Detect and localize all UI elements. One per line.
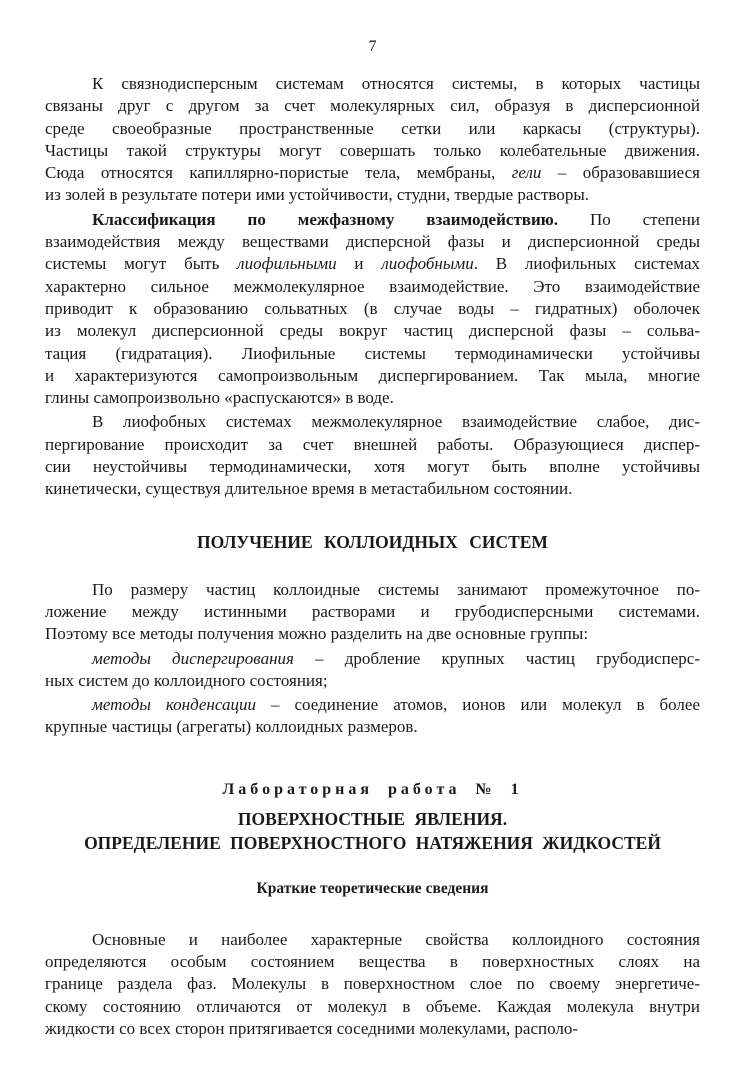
text-run: ложение между истинными растворами и гру… (45, 602, 700, 621)
text-line: и характеризуются самопроизвольным диспе… (45, 365, 700, 387)
text-run: из молекул дисперсионной среды вокруг ча… (45, 321, 700, 340)
caps-heading-line: ОПРЕДЕЛЕНИЕ ПОВЕРХНОСТНОГО НАТЯЖЕНИЯ ЖИД… (45, 831, 700, 855)
italic-run: методы конденсации (92, 695, 256, 714)
caps-heading-line: ПОВЕРХНОСТНЫЕ ЯВЛЕНИЯ. (45, 807, 700, 831)
text-line: К связнодисперсным системам относятся си… (45, 73, 700, 95)
text-run: По степени (558, 210, 700, 229)
text-line: из золей в результате потери ими устойчи… (45, 184, 700, 206)
bold-run: Классификация по межфазному взаимодейств… (92, 210, 558, 229)
text-run: приводит к образованию сольватных (в слу… (45, 299, 700, 318)
text-run: Основные и наиболее характерные свойства… (92, 930, 700, 949)
paragraph: По размеру частиц коллоидные системы зан… (45, 579, 700, 646)
italic-run: лиофильными (237, 254, 336, 273)
paragraph: В лиофобных системах межмолекулярное вза… (45, 411, 700, 500)
text-run: связаны друг с другом за счет молекулярн… (45, 96, 700, 115)
text-line: из молекул дисперсионной среды вокруг ча… (45, 320, 700, 342)
text-run: границе раздела фаз. Молекулы в поверхно… (45, 974, 700, 993)
text-run: и характеризуются самопроизвольным диспе… (45, 366, 700, 385)
text-run: определяются особым состоянием вещества … (45, 952, 700, 971)
text-run: – образовавшиеся (541, 163, 700, 182)
text-run: из золей в результате потери ими устойчи… (45, 185, 589, 204)
text-run: Частицы такой структуры могут совершать … (45, 141, 700, 160)
text-run: пергирование происходит за счет внешней … (45, 435, 700, 454)
text-run: и (337, 254, 382, 273)
text-run: скому состоянию отличаются от молекул в … (45, 997, 700, 1016)
text-line: Основные и наиболее характерные свойства… (45, 929, 700, 951)
text-run: . В лиофильных системах (474, 254, 700, 273)
text-line: Поэтому все методы получения можно разде… (45, 623, 700, 645)
text-run: жидкости со всех сторон притягивается со… (45, 1019, 578, 1038)
text-line: границе раздела фаз. Молекулы в поверхно… (45, 973, 700, 995)
text-line: По размеру частиц коллоидные системы зан… (45, 579, 700, 601)
text-line: В лиофобных системах межмолекулярное вза… (45, 411, 700, 433)
italic-run: методы диспергирования (92, 649, 294, 668)
text-run: взаимодействия между веществами дисперсн… (45, 232, 700, 251)
page-content: К связнодисперсным системам относятся си… (45, 73, 700, 1040)
page-number: 7 (45, 38, 700, 56)
text-line: методы конденсации – соединение атомов, … (45, 694, 700, 716)
text-line: взаимодействия между веществами дисперсн… (45, 231, 700, 253)
text-line: связаны друг с другом за счет молекулярн… (45, 95, 700, 117)
text-line: приводит к образованию сольватных (в слу… (45, 298, 700, 320)
paragraph: Классификация по межфазному взаимодейств… (45, 209, 700, 410)
text-line: крупные частицы (агрегаты) коллоидных ра… (45, 716, 700, 738)
text-line: среде своеобразные пространственные сетк… (45, 118, 700, 140)
text-run: По размеру частиц коллоидные системы зан… (92, 580, 700, 599)
subheading: Краткие теоретические сведения (45, 879, 700, 899)
text-run: тация (гидратация). Лиофильные системы т… (45, 344, 700, 363)
text-run: ных систем до коллоидного состояния; (45, 671, 328, 690)
paragraph: Основные и наиболее характерные свойства… (45, 929, 700, 1040)
text-run: крупные частицы (агрегаты) коллоидных ра… (45, 717, 418, 736)
text-run: сии неустойчивы термодинамически, хотя м… (45, 457, 700, 476)
text-line: глины самопроизвольно «распускаются» в в… (45, 387, 700, 409)
text-run: Сюда относятся капиллярно-пористые тела,… (45, 163, 512, 182)
text-line: скому состоянию отличаются от молекул в … (45, 996, 700, 1018)
text-line: ложение между истинными растворами и гру… (45, 601, 700, 623)
text-run: – соединение атомов, ионов или молекул в… (256, 695, 700, 714)
text-run: кинетически, существуя длительное время … (45, 479, 572, 498)
lab-work-title: Лабораторная работа № 1 (45, 779, 700, 801)
text-run: Поэтому все методы получения можно разде… (45, 624, 588, 643)
italic-run: гели (512, 163, 542, 182)
section-heading: ПОЛУЧЕНИЕ КОЛЛОИДНЫХ СИСТЕМ (45, 531, 700, 554)
text-line: Классификация по межфазному взаимодейств… (45, 209, 700, 231)
text-run: характерно сильное межмолекулярное взаим… (45, 277, 700, 296)
italic-run: лиофобными (381, 254, 473, 273)
text-line: Частицы такой структуры могут совершать … (45, 140, 700, 162)
text-run: системы могут быть (45, 254, 237, 273)
text-run: – дробление крупных частиц грубодисперс- (294, 649, 700, 668)
text-line: жидкости со всех сторон притягивается со… (45, 1018, 700, 1040)
paragraph: методы диспергирования – дробление крупн… (45, 648, 700, 693)
text-run: К связнодисперсным системам относятся си… (92, 74, 700, 93)
text-line: кинетически, существуя длительное время … (45, 478, 700, 500)
text-run: среде своеобразные пространственные сетк… (45, 119, 700, 138)
text-line: определяются особым состоянием вещества … (45, 951, 700, 973)
text-line: характерно сильное межмолекулярное взаим… (45, 276, 700, 298)
text-line: Сюда относятся капиллярно-пористые тела,… (45, 162, 700, 184)
text-line: тация (гидратация). Лиофильные системы т… (45, 343, 700, 365)
scanned-page: 7 К связнодисперсным системам относятся … (0, 0, 739, 1080)
paragraph: методы конденсации – соединение атомов, … (45, 694, 700, 739)
text-run: В лиофобных системах межмолекулярное вза… (92, 412, 700, 431)
paragraph: К связнодисперсным системам относятся си… (45, 73, 700, 207)
text-line: методы диспергирования – дробление крупн… (45, 648, 700, 670)
text-line: сии неустойчивы термодинамически, хотя м… (45, 456, 700, 478)
text-line: пергирование происходит за счет внешней … (45, 434, 700, 456)
text-line: ных систем до коллоидного состояния; (45, 670, 700, 692)
text-run: глины самопроизвольно «распускаются» в в… (45, 388, 394, 407)
text-line: системы могут быть лиофильными и лиофобн… (45, 253, 700, 275)
